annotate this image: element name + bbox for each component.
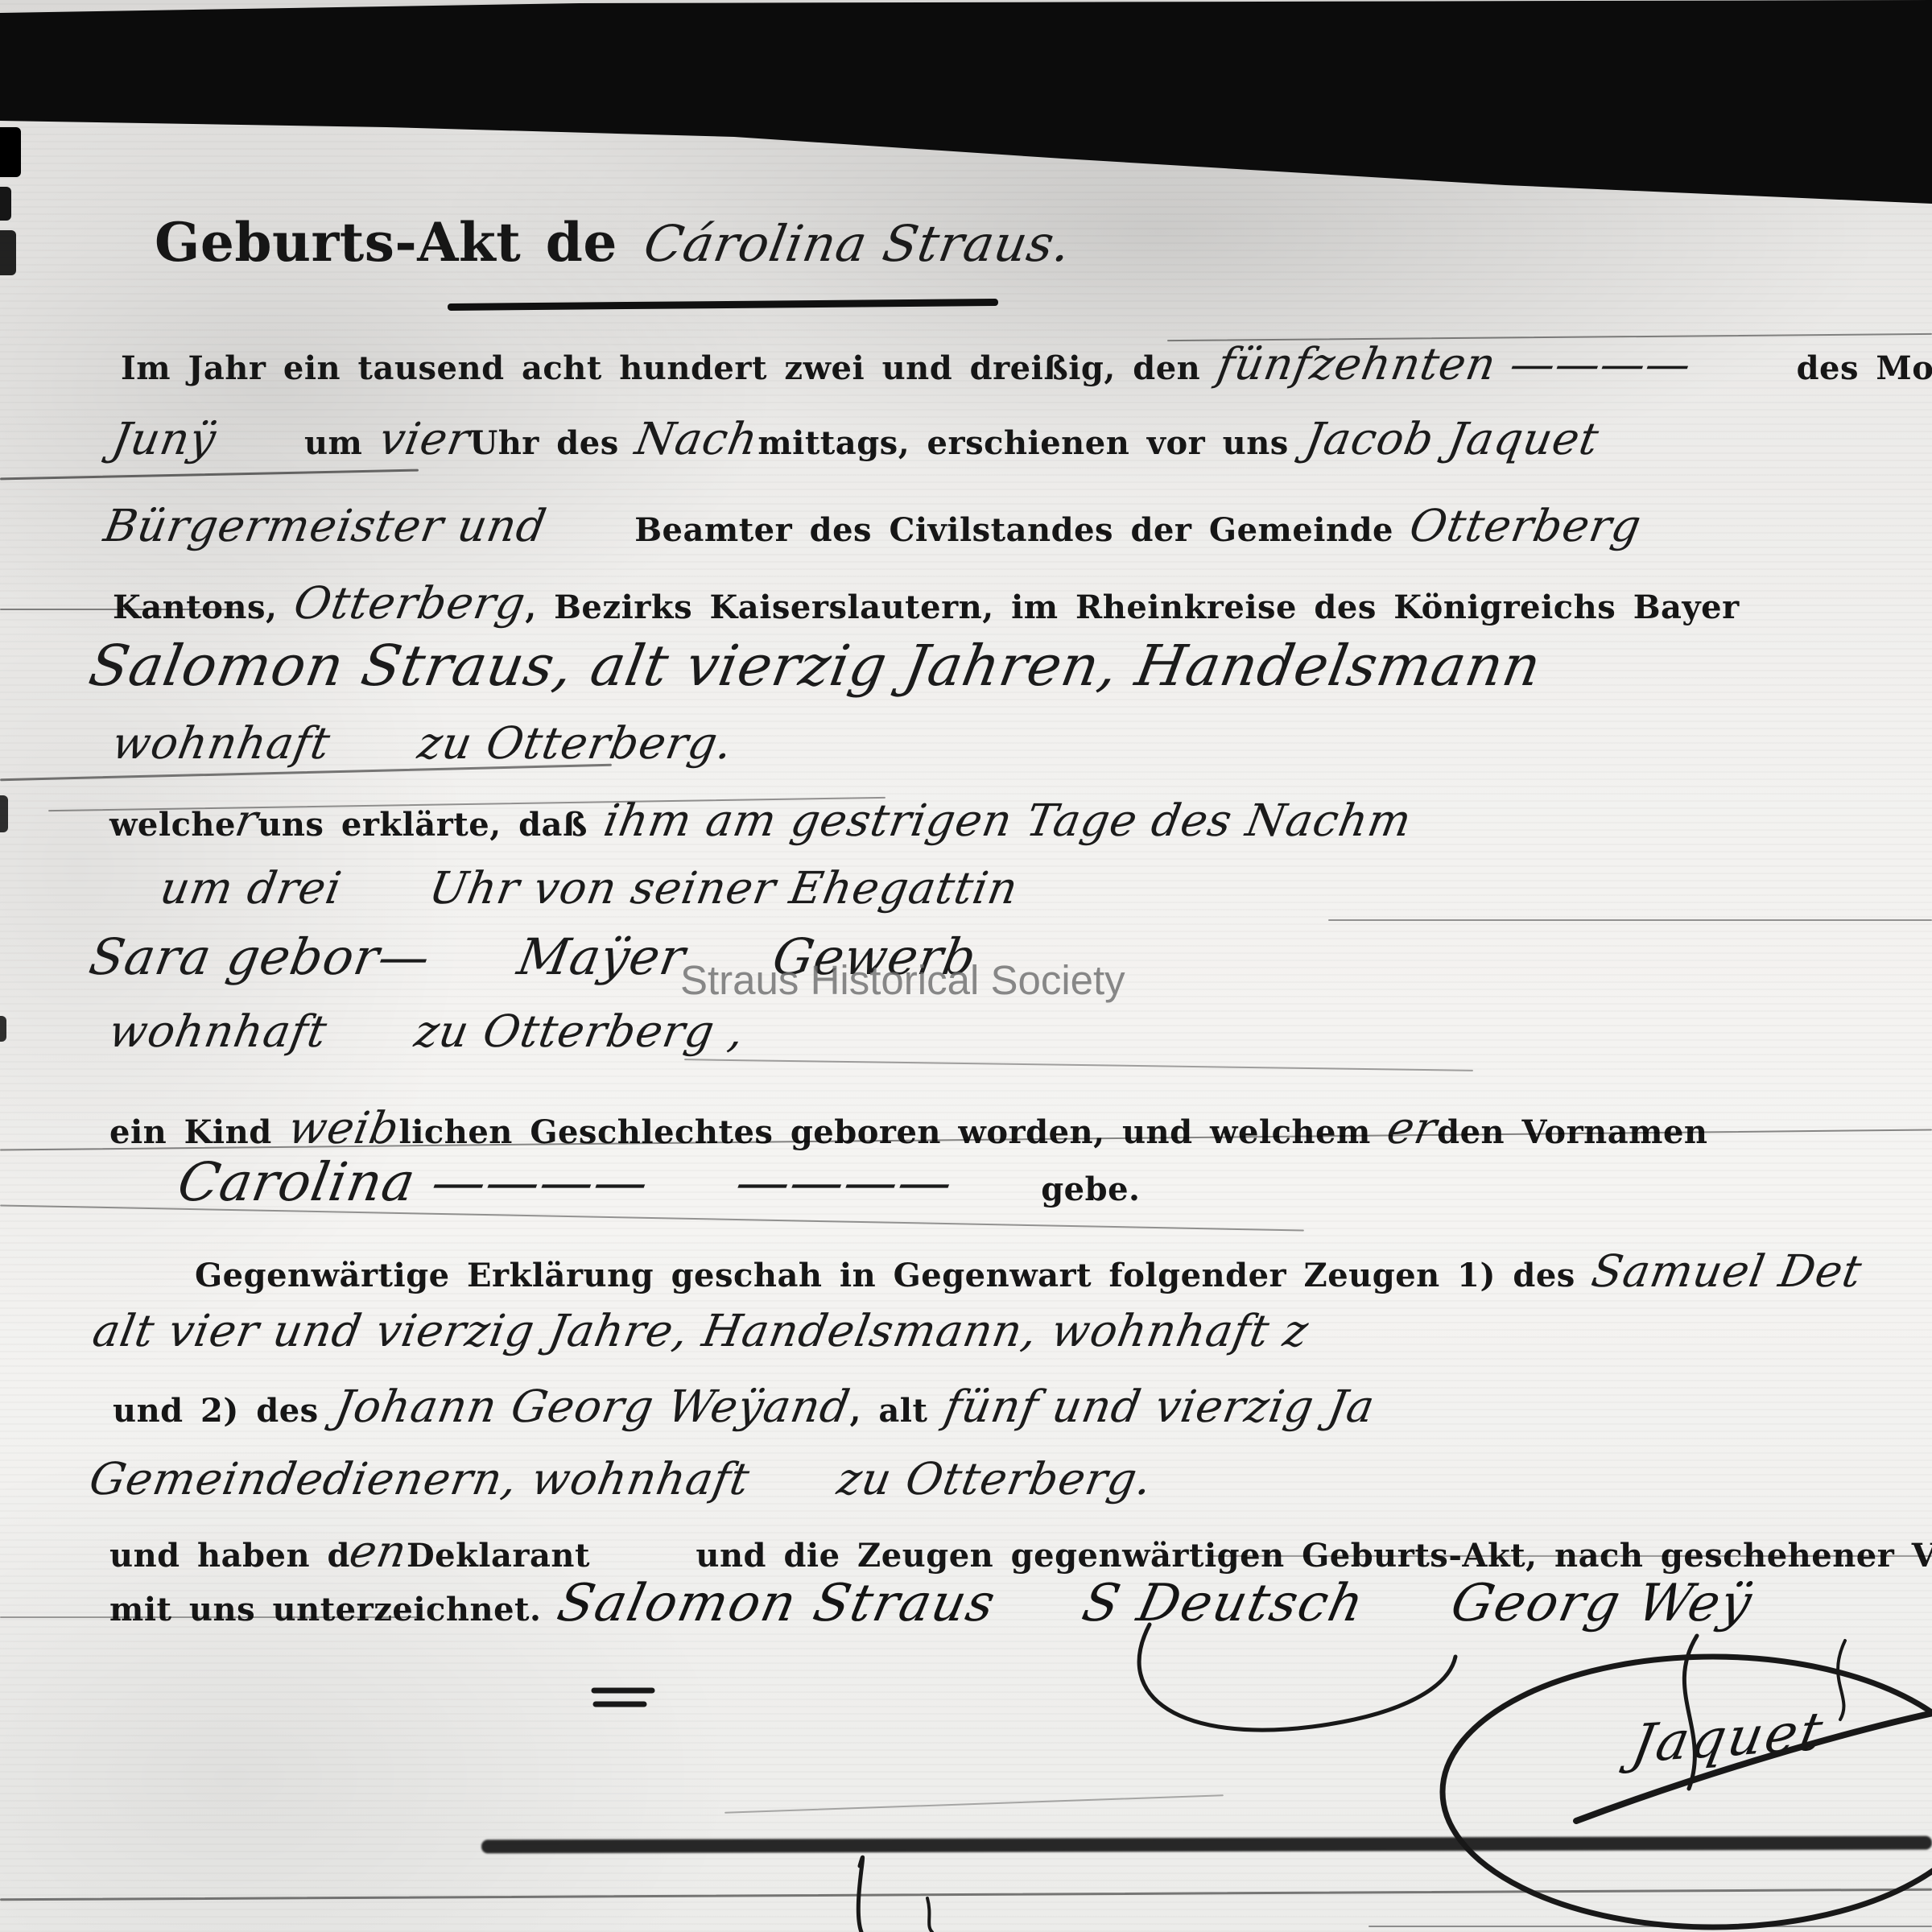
handwritten-text: um drei [157, 866, 345, 910]
signature-jaquet: Jaquet [1627, 1700, 1829, 1775]
jaquet-oval-flourish [1443, 1657, 1932, 1927]
ink-smudge-bar [481, 1836, 1932, 1854]
edge-mark [0, 127, 21, 177]
handwritten-text: vier [376, 417, 473, 461]
line-declarant: Salomon Straus, alt vierzig Jahren, Hand… [90, 638, 1541, 694]
printed-text: Gegenwärtige Erklärung geschah in Gegenw… [195, 1257, 1592, 1294]
line-closing-1: und haben den Deklarant und die Zeugen g… [109, 1529, 1932, 1574]
line-child-name: Carolina ————————gebe. [179, 1156, 1140, 1209]
handwritten-text: zu Otterberg. [834, 1457, 1155, 1501]
deutsch-swash [1139, 1624, 1455, 1730]
line-canton: Kantons, Otterberg , Bezirks Kaiserslaut… [113, 581, 1740, 625]
handwritten-text: S Deutsch [1078, 1578, 1369, 1629]
handwritten-text: weib [285, 1106, 402, 1150]
handwritten-text: Uhr von seiner Ehegattin [426, 866, 1022, 910]
line-year-date: Im Jahr ein tausend acht hundert zwei un… [121, 342, 1932, 386]
printed-text: Im Jahr ein tausend acht hundert zwei un… [121, 349, 1218, 387]
scan-streak [724, 1794, 1224, 1814]
printed-text: und haben d [109, 1537, 350, 1575]
line-witnesses-intro: Gegenwärtige Erklärung geschah in Gegenw… [195, 1249, 1862, 1294]
printed-text: , alt [849, 1392, 944, 1430]
scan-streak [0, 1616, 419, 1618]
scan-streak [1368, 1926, 1932, 1927]
printed-text: Deklarant [407, 1537, 607, 1575]
handwritten-text: Johann Georg Weÿand [332, 1385, 853, 1429]
edge-mark [0, 230, 16, 275]
scan-streak [0, 469, 419, 481]
handwritten-text: ———— [732, 1156, 957, 1209]
line-declaration-2: um drei Uhr von seiner Ehegattin [161, 866, 1018, 910]
printed-text: des Mona [1779, 349, 1932, 387]
handwritten-text: Sara gebor— [86, 932, 435, 982]
handwritten-text: fünf und vierzig Ja [941, 1385, 1378, 1429]
handwritten-text: Carolina ———— [174, 1156, 653, 1209]
handwritten-text: wohnhaft [105, 1009, 330, 1054]
scan-streak [0, 609, 242, 610]
title-handwritten-name: Cárolina Straus. [639, 214, 1075, 273]
handwritten-text: Maÿer [514, 932, 689, 982]
watermark-text: Straus Historical Society [680, 956, 1125, 1004]
handwritten-text: zu Otterberg. [415, 721, 736, 766]
handwritten-text: Gemeindedienern, wohnhaft [86, 1457, 753, 1501]
handwritten-text: Nach [632, 417, 762, 461]
printed-text: Kantons, [113, 588, 295, 626]
handwritten-text: Salomon Straus, alt vierzig Jahren, Hand… [85, 638, 1546, 694]
printed-text: welche [109, 806, 236, 844]
handwritten-text: ihm am gestrigen Tage des Nachm [601, 799, 1415, 843]
handwritten-text: fünfzehnten ———— [1214, 342, 1695, 386]
handwritten-text: en [346, 1529, 411, 1574]
edge-mark [0, 795, 8, 832]
scanned-birth-record: Geburts-Akt deCárolina Straus. Im Jahr e… [0, 0, 1932, 1932]
line-witness-1: alt vier und vierzig Jahre, Handelsmann,… [93, 1309, 1308, 1353]
printed-text: Beamter des Civilstandes der Gemeinde [634, 511, 1410, 549]
line-residence-2: wohnhaft zu Otterberg , [109, 1009, 744, 1054]
printed-text: und 2) des [113, 1392, 336, 1430]
handwritten-text: er [1384, 1106, 1441, 1150]
title-printed-text: Geburts-Akt de [155, 211, 617, 274]
printed-text: , Bezirks Kaiserslautern, im Rheinkreise… [525, 588, 1739, 626]
scan-streak [0, 1889, 1932, 1901]
handwritten-text: Junÿ [109, 417, 220, 461]
handwritten-text: zu Otterberg , [411, 1009, 748, 1054]
handwritten-text: alt vier und vierzig Jahre, Handelsmann,… [89, 1309, 1312, 1353]
line-signatures: mit uns unterzeichnet. Salomon StrausS D… [109, 1578, 1752, 1629]
printed-text: Uhr des [469, 424, 636, 462]
line-official: Bürgermeister und Beamter des Civilstand… [105, 504, 1641, 548]
handwritten-text: Georg Weÿ [1447, 1578, 1757, 1629]
printed-text: mit uns unterzeichnet. [109, 1591, 559, 1629]
weyand-descender [1838, 1641, 1845, 1719]
title-underline [448, 299, 998, 311]
scan-streak [1328, 919, 1932, 921]
handwritten-text: Bürgermeister und [101, 504, 550, 548]
line-child-sex: ein Kind weiblichen Geschlechtes geboren… [109, 1106, 1708, 1150]
handwritten-text: Otterberg [1407, 504, 1645, 548]
bottom-squiggle [927, 1898, 932, 1932]
edge-mark [0, 1016, 6, 1042]
line-month-hour: Junÿ um vier Uhr des Nachmittags, erschi… [113, 417, 1599, 461]
printed-text: uns erklärte, daß [258, 806, 605, 844]
edge-mark [0, 187, 11, 221]
scan-streak [684, 1059, 1473, 1071]
line-witness-2: und 2) des Johann Georg Weÿand , alt fün… [113, 1385, 1374, 1429]
printed-text: um [304, 424, 380, 462]
printed-text: gebe. [1041, 1170, 1140, 1208]
scan-streak [1207, 1555, 1932, 1557]
photocopy-black-band [0, 0, 1932, 209]
handwritten-text: Samuel Det [1588, 1249, 1865, 1294]
handwritten-text: Otterberg [291, 581, 529, 625]
line-witness-2b: Gemeindedienern, wohnhaft zu Otterberg. [90, 1457, 1151, 1501]
printed-text: lichen Geschlechtes geboren worden, und … [399, 1113, 1389, 1151]
handwritten-text: Jacob Jaquet [1302, 417, 1602, 461]
document-title: Geburts-Akt deCárolina Straus. [155, 211, 1071, 274]
printed-text: ein Kind [109, 1113, 289, 1151]
printed-text: mittags, erschienen vor uns [758, 424, 1306, 462]
handwritten-text: wohnhaft [109, 721, 333, 766]
handwritten-text: Salomon Straus [553, 1578, 1001, 1629]
line-residence-1: wohnhaft zu Otterberg. [113, 721, 732, 766]
